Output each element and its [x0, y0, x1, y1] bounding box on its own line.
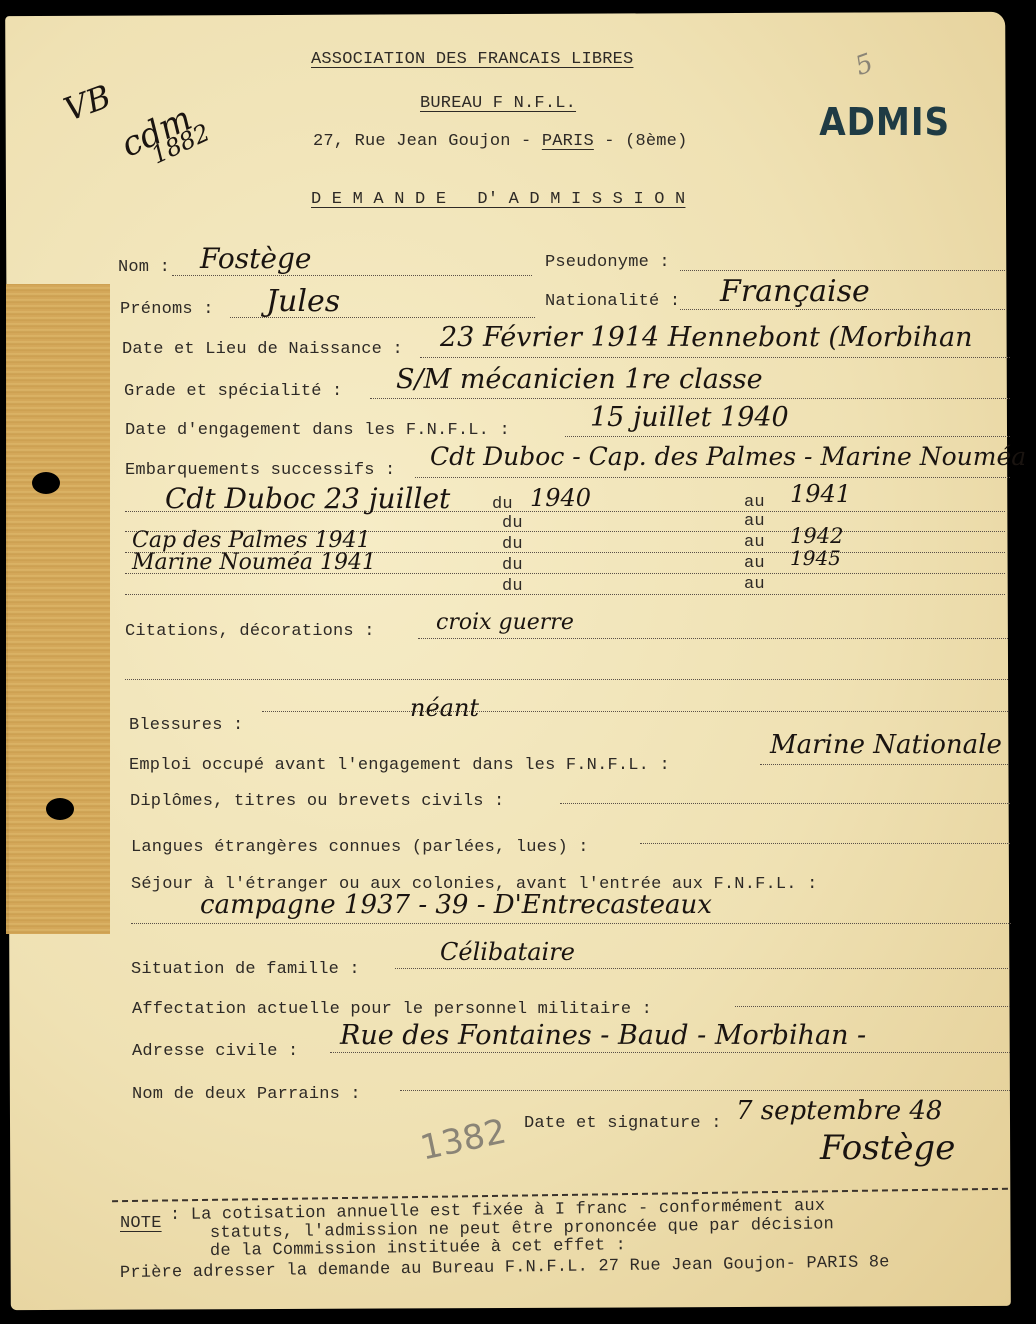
- au-label: au: [744, 512, 765, 531]
- value-nationalite: Française: [720, 274, 870, 309]
- fill-line: [418, 638, 1008, 639]
- label-langues: Langues étrangères connues (parlées, lue…: [131, 838, 589, 857]
- punch-hole: [32, 472, 60, 494]
- value-citations: croix guerre: [436, 610, 574, 635]
- label-situation: Situation de famille :: [131, 960, 360, 979]
- label-engagement: Date d'engagement dans les F.N.F.L. :: [125, 421, 510, 440]
- fill-line: [760, 764, 1008, 765]
- fill-line: [370, 398, 1010, 399]
- fill-line: [735, 1006, 1010, 1007]
- du-label: du: [502, 514, 523, 533]
- value-sejour: campagne 1937 - 39 - D'Entrecasteaux: [200, 890, 712, 920]
- au-label: au: [744, 533, 765, 552]
- fill-line: [680, 270, 1005, 271]
- fill-line: [131, 923, 1011, 924]
- fill-line: [330, 1052, 1010, 1053]
- address-line: 27, Rue Jean Goujon - PARIS - (8ème): [313, 132, 687, 151]
- value-engagement: 15 juillet 1940: [590, 402, 789, 433]
- value-prenoms: Jules: [266, 284, 340, 319]
- fill-line: [125, 594, 1005, 595]
- fill-line: [400, 1090, 1010, 1091]
- fill-line: [415, 477, 1010, 478]
- association-title: ASSOCIATION DES FRANCAIS LIBRES: [311, 50, 633, 69]
- label-nom: Nom :: [118, 258, 170, 277]
- binding-tape: [6, 284, 110, 934]
- embarkation-name: Marine Nouméa 1941: [132, 550, 376, 575]
- label-embarquements: Embarquements successifs :: [125, 461, 395, 480]
- punch-hole: [46, 798, 74, 820]
- label-emploi: Emploi occupé avant l'engagement dans le…: [129, 756, 670, 775]
- value-blessures: néant: [410, 694, 479, 722]
- signature: Fostège: [820, 1128, 955, 1168]
- fill-line: [125, 679, 1008, 680]
- du-label: du: [502, 535, 523, 554]
- value-embarquements: Cdt Duboc - Cap. des Palmes - Marine Nou…: [430, 442, 1026, 471]
- label-diplomes: Diplômes, titres ou brevets civils :: [130, 792, 504, 811]
- au-label: au: [744, 575, 765, 594]
- fill-line: [565, 436, 1010, 437]
- du-value: 1940: [530, 484, 591, 512]
- fill-line: [560, 803, 1010, 804]
- label-parrains: Nom de deux Parrains :: [132, 1085, 361, 1104]
- label-citations: Citations, décorations :: [125, 622, 375, 641]
- label-blessures: Blessures :: [129, 716, 243, 735]
- au-value: 1942: [790, 524, 843, 548]
- label-adresse: Adresse civile :: [132, 1042, 298, 1061]
- address-city: PARIS: [542, 132, 594, 151]
- du-label: du: [492, 495, 513, 514]
- label-signature: Date et signature :: [524, 1114, 722, 1133]
- value-grade: S/M mécanicien 1re classe: [396, 364, 763, 395]
- fill-line: [420, 357, 1010, 358]
- label-naissance: Date et Lieu de Naissance :: [122, 340, 403, 359]
- label-grade: Grade et spécialité :: [124, 382, 342, 401]
- bureau-title: BUREAU F N.F.L.: [420, 94, 576, 113]
- au-label: au: [744, 554, 765, 573]
- du-label: du: [502, 556, 523, 575]
- value-signature-date: 7 septembre 48: [736, 1096, 942, 1126]
- label-pseudonyme: Pseudonyme :: [545, 253, 670, 272]
- du-label: du: [502, 577, 523, 596]
- fill-line: [262, 711, 1008, 712]
- value-adresse: Rue des Fontaines - Baud - Morbihan -: [340, 1020, 866, 1051]
- fill-line: [680, 309, 1005, 310]
- fill-line: [395, 968, 1010, 969]
- fill-line: [172, 275, 532, 276]
- note-label: NOTE: [120, 1214, 162, 1233]
- value-emploi: Marine Nationale: [770, 730, 1002, 760]
- label-prenoms: Prénoms :: [120, 300, 214, 319]
- au-label: au: [744, 493, 765, 512]
- label-affectation: Affectation actuelle pour le personnel m…: [132, 1000, 652, 1019]
- fill-line: [640, 843, 1010, 844]
- embarkation-name: Cdt Duboc 23 juillet: [165, 482, 450, 515]
- value-nom: Fostège: [200, 242, 311, 275]
- value-naissance: 23 Février 1914 Hennebont (Morbihan: [440, 322, 973, 353]
- form-title: D E M A N D E D' A D M I S S I O N: [311, 190, 685, 209]
- au-value: 1945: [790, 546, 841, 570]
- admis-stamp: ADMIS: [819, 100, 950, 144]
- au-value: 1941: [790, 480, 851, 508]
- value-situation: Célibataire: [440, 938, 575, 966]
- label-nationalite: Nationalité :: [545, 292, 680, 311]
